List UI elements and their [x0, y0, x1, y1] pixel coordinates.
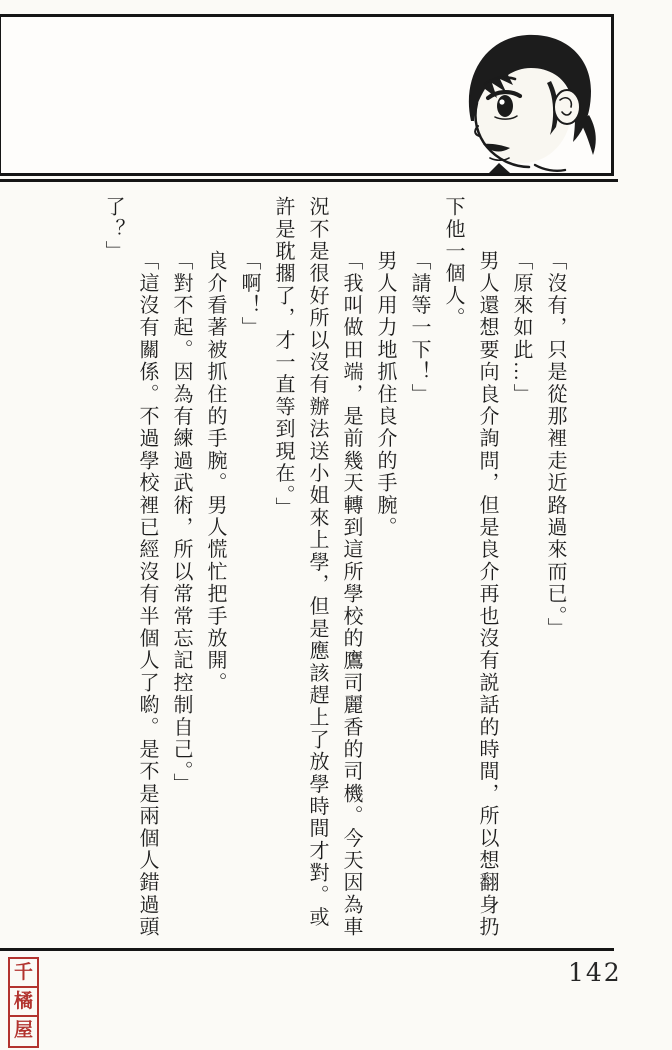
bottom-divider — [0, 948, 614, 951]
seal-character: 千 — [10, 959, 37, 988]
text-column: 「啊！」 — [232, 196, 266, 948]
text-column: 「請等一下！」 — [402, 196, 436, 948]
text-column: 「對不起。因為有練過武術，所以常常忘記控制自己。」 — [164, 196, 198, 948]
collar — [489, 163, 510, 173]
text-column: 許是耽擱了，才一直等到現在。」 — [266, 196, 300, 948]
top-divider — [0, 179, 618, 182]
text-column: 了？」 — [96, 196, 130, 948]
illustration-panel — [0, 14, 614, 176]
text-column: 下他一個人。 — [436, 196, 470, 948]
text-column: 良介看著被抓住的手腕。男人慌忙把手放開。 — [198, 196, 232, 948]
text-column: 「原來如此…」 — [504, 196, 538, 948]
text-column: 況不是很好所以沒有辦法送小姐來上學，但是應該趕上了放學時間才對。或 — [300, 196, 334, 948]
text-column: 男人還想要向良介詢問，但是良介再也沒有説話的時間，所以想翻身扔 — [470, 196, 504, 948]
vertical-text-block: 「沒有，只是從那裡走近路過來而已。」「原來如此…」男人還想要向良介詢問，但是良介… — [96, 196, 572, 948]
page-number: 142 — [568, 958, 622, 987]
woman-portrait-illustration — [443, 21, 607, 173]
seal-character: 屋 — [10, 1017, 37, 1046]
text-column: 男人用力地抓住良介的手腕。 — [368, 196, 402, 948]
text-column: 「這沒有關係。不過學校裡已經沒有半個人了喲。是不是兩個人錯過頭 — [130, 196, 164, 948]
seal-character: 橘 — [10, 988, 37, 1017]
publisher-seal-stamp: 千 橘 屋 — [8, 957, 39, 1048]
text-column: 「沒有，只是從那裡走近路過來而已。」 — [538, 196, 572, 948]
ear — [554, 90, 580, 124]
text-column: 「我叫做田端，是前幾天轉到這所學校的鷹司麗香的司機。今天因為車 — [334, 196, 368, 948]
